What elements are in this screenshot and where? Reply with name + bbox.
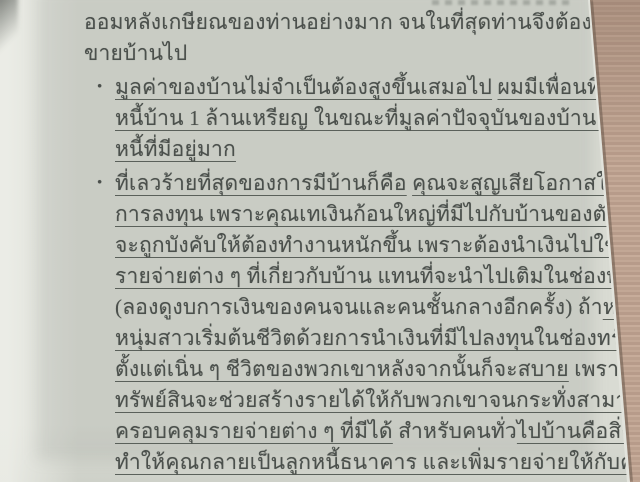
text-line: ตั้งแต่เนิ่น ๆ ชีวิตของพวกเขาหลังจากนั้น… (115, 354, 640, 385)
text-line: มูลค่าของบ้านไม่จำเป็นต้องสูงขึ้นเสมอไป … (115, 72, 640, 103)
page-text: ออมหลังเกษียณของท่านอย่างมาก จนในที่สุดท… (84, 7, 570, 481)
text-line: ครอบคลุมรายจ่ายต่าง ๆ ที่มีได้ สำหรับคนท… (115, 416, 640, 447)
text-line: ออมหลังเกษียณของท่านอย่างมาก จนในที่สุดท… (84, 7, 570, 38)
underlined-text: ที่เลวร้ายที่สุดของการมีบ้านก็คือ (115, 171, 407, 195)
text-line: ขายบ้านไป (84, 38, 570, 69)
text-line: ทำให้คุณกลายเป็นลูกหนี้ธนาคาร และเพิ่มรา… (115, 447, 640, 478)
text-line: ที่เลวร้ายที่สุดของการมีบ้านก็คือ คุณจะส… (115, 168, 640, 199)
underlined-text: ทรัพย์สินจะช่วยสร้างรายได้ให้กับพวกเขาจน… (115, 388, 640, 412)
underlined-text: หนี้บ้าน 1 ล้านเหรียญ ในขณะที่มูลค่าปัจจ… (115, 106, 640, 130)
plain-text: ออมหลังเกษียณของท่านอย่างมาก จนในที่สุดท… (84, 10, 639, 34)
underlined-text: ไปบ้านคือสิ่งที่ (517, 419, 640, 443)
underlined-text: จะถูกบังคับให้ต้องทำงานหนักขึ้น เพราะต้อ… (115, 233, 640, 257)
underlined-text: หาก (603, 295, 640, 319)
cropped-text-fragment (432, 0, 574, 5)
bullet-text: มูลค่าของบ้านไม่จำเป็นต้องสูงขึ้นเสมอไป … (115, 72, 640, 165)
bullet-item: •มูลค่าของบ้านไม่จำเป็นต้องสูงขึ้นเสมอไป… (84, 72, 570, 165)
bullet-list: •มูลค่าของบ้านไม่จำเป็นต้องสูงขึ้นเสมอไป… (84, 72, 570, 478)
bullet-item: •ที่เลวร้ายที่สุดของการมีบ้านก็คือ คุณจะ… (84, 168, 570, 478)
bullet-marker-icon: • (84, 72, 115, 165)
underlined-text: คุณจะสูญเสียโอกาสใน (412, 171, 621, 195)
underlined-text: การลงทุน เพราะคุณเทเงินก้อนใหญ่ที่มีไปกั… (115, 202, 640, 226)
corner-shadow (0, 0, 18, 60)
text-line: การลงทุน เพราะคุณเทเงินก้อนใหญ่ที่มีไปกั… (115, 199, 640, 230)
underlined-text: ผมมีเพื่อนที่ยังเป็น (498, 75, 640, 99)
underlined-text: ทำให้คุณกลายเป็นลูกหนี้ธนาคาร และเพิ่มรา… (115, 450, 640, 474)
underlined-text: หนุ่มสาวเริ่มต้นชีวิตด้วยการนำเงินที่มีไ… (115, 326, 640, 350)
text-line: รายจ่ายต่าง ๆ ที่เกี่ยวกับบ้าน แทนที่จะน… (115, 261, 640, 292)
underlined-text: ครอบคลุมรายจ่ายต่าง ๆ ที่มีได้ (115, 419, 393, 443)
book-page: ออมหลังเกษียณของท่านอย่างมาก จนในที่สุดท… (0, 0, 640, 482)
underlined-text: หนี้ที่มีอยู่มาก (115, 137, 236, 161)
plain-text: สำหรับคนทั่ว (393, 419, 517, 443)
underlined-text: ตั้งแต่เนิ่น ๆ ชีวิตของพวกเขาหลังจากนั้น… (115, 357, 569, 381)
plain-text: ขายบ้านไป (84, 41, 187, 65)
text-line: (ลองดูงบการเงินของคนจนและคนชั้นกลางอีกคร… (115, 292, 640, 323)
text-line: ทรัพย์สินจะช่วยสร้างรายได้ให้กับพวกเขาจน… (115, 385, 640, 416)
text-line: หนี้บ้าน 1 ล้านเหรียญ ในขณะที่มูลค่าปัจจ… (115, 103, 640, 134)
continuation-paragraph: ออมหลังเกษียณของท่านอย่างมาก จนในที่สุดท… (84, 7, 570, 69)
bullet-marker-icon: • (84, 168, 115, 478)
plain-text: (ลองดูงบการเงินของคนจนและคนชั้นกลางอีกคร… (115, 295, 603, 319)
bullet-text: ที่เลวร้ายที่สุดของการมีบ้านก็คือ คุณจะส… (115, 168, 640, 478)
underlined-text: รายจ่ายต่าง ๆ ที่เกี่ยวกับบ้าน แทนที่จะน… (115, 264, 640, 288)
text-line: จะถูกบังคับให้ต้องทำงานหนักขึ้น เพราะต้อ… (115, 230, 640, 261)
text-line: หนุ่มสาวเริ่มต้นชีวิตด้วยการนำเงินที่มีไ… (115, 323, 640, 354)
text-line: หนี้ที่มีอยู่มาก (115, 134, 640, 165)
underlined-text: มูลค่าของบ้านไม่จำเป็นต้องสูงขึ้นเสมอไป (115, 75, 492, 99)
